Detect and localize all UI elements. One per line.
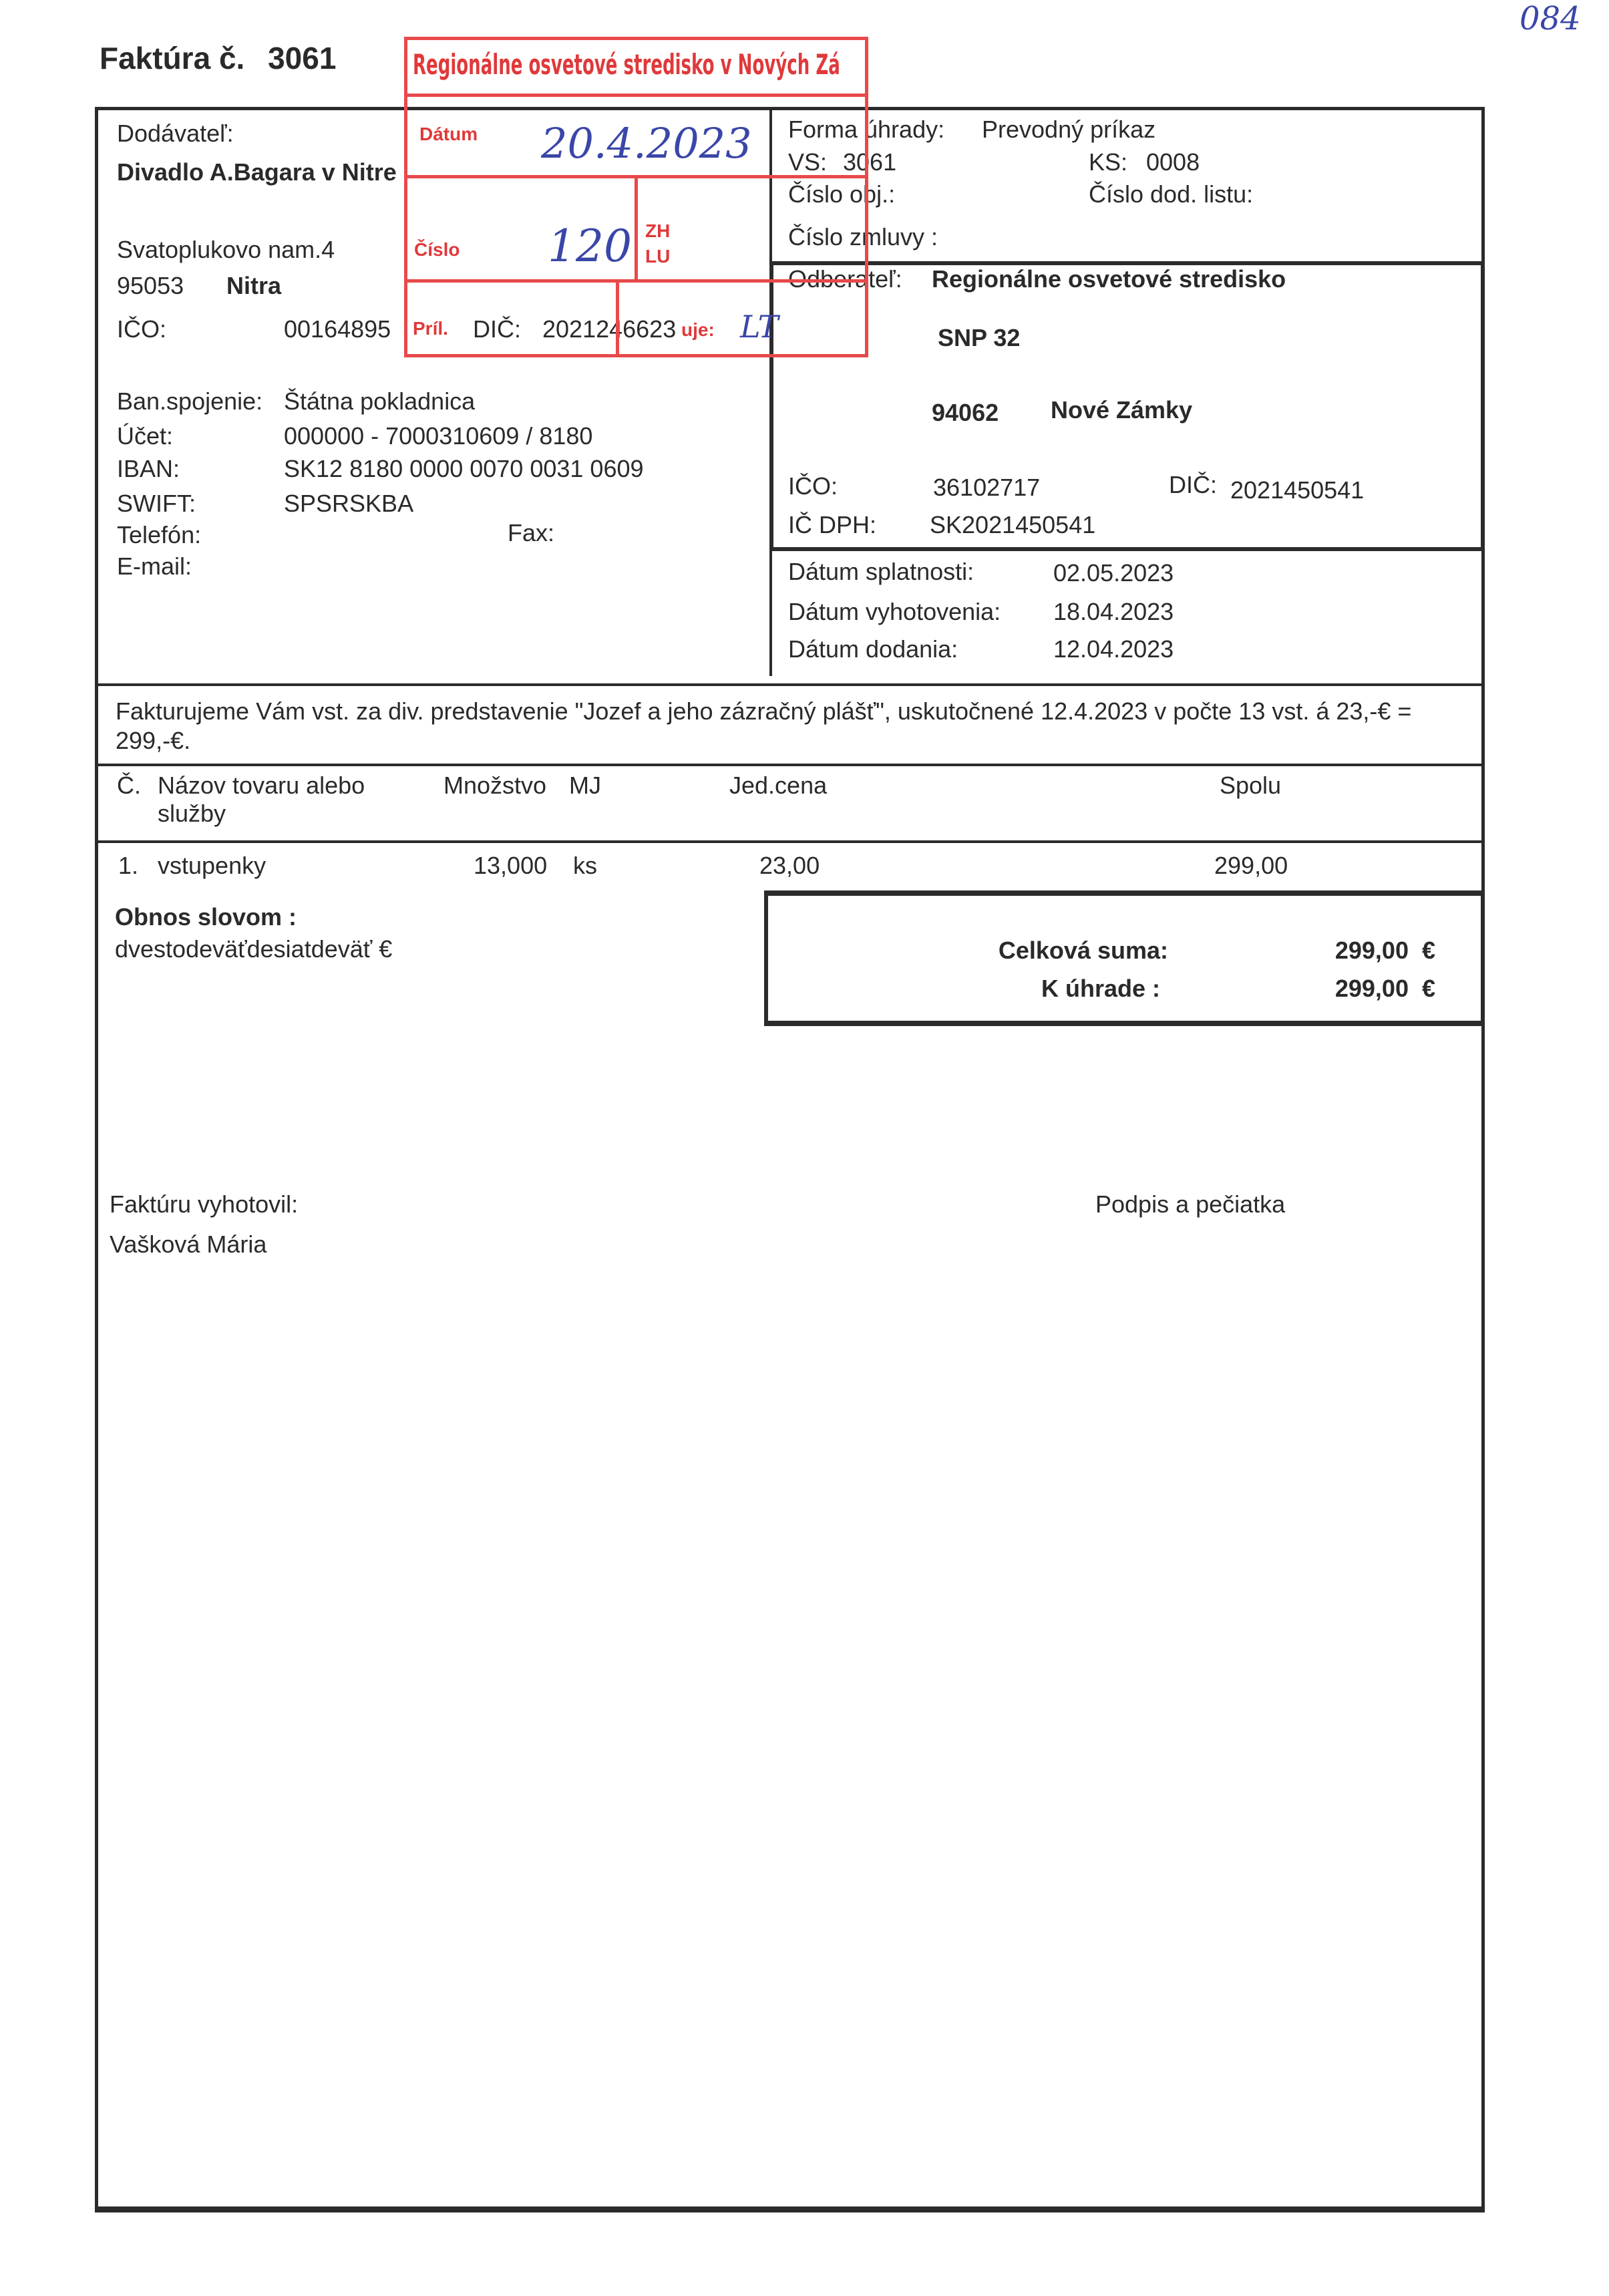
payment-method: Prevodný príkaz [982, 118, 1155, 142]
delivery-date: 12.04.2023 [1053, 637, 1174, 661]
issue-date: 18.04.2023 [1053, 600, 1174, 624]
stamp-code-2: LU [645, 246, 670, 267]
supplier-label: Dodávateľ: [117, 122, 234, 146]
invoice-title-label: Faktúra č. [100, 41, 244, 75]
stamp-divider-v1 [635, 175, 638, 281]
invoice-description: Fakturujeme Vám vst. za div. predstaveni… [116, 697, 1465, 756]
customer-city: Nové Zámky [1051, 398, 1192, 422]
swift-label: SWIFT: [117, 492, 196, 516]
col-header-unit: MJ [569, 774, 601, 798]
customer-ico-label: IČO: [788, 474, 838, 498]
amount-due-value: 299,00 € [1335, 977, 1435, 1001]
amount-words-value: dvestodeväťdesiatdeväť € [115, 937, 392, 961]
col-header-total: Spolu [1220, 774, 1281, 798]
col-header-name: Názov tovaru alebo [158, 774, 365, 798]
ks-value: 0008 [1146, 150, 1200, 174]
customer-street: SNP 32 [938, 326, 1020, 350]
invoice-number: 3061 [268, 41, 336, 75]
delivery-date-label: Dátum dodania: [788, 637, 958, 661]
customer-ico: 36102717 [933, 476, 1040, 500]
row-name: vstupenky [158, 854, 266, 878]
account-number: 000000 - 7000310609 / 8180 [284, 424, 592, 448]
ks-label: KS: [1089, 150, 1127, 174]
total-label: Celková suma: [999, 939, 1168, 963]
row-no: 1. [118, 854, 138, 878]
col-header-name-2: služby [158, 802, 226, 826]
row-qty: 13,000 [474, 854, 547, 878]
issue-date-label: Dátum vyhotovenia: [788, 600, 1001, 624]
due-date: 02.05.2023 [1053, 561, 1174, 585]
issued-by-name: Vašková Mária [110, 1233, 266, 1257]
stamp-handles-value: LT [740, 309, 778, 345]
stamp-number-label: Číslo [414, 239, 460, 261]
stamp-org: Regionálne osvetové stredisko v Nových Z… [413, 48, 840, 81]
customer-dic: 2021450541 [1230, 478, 1364, 502]
stamp-date-value: 20.4.2023 [541, 119, 752, 168]
total-value: 299,00 € [1335, 939, 1435, 963]
customer-zip: 94062 [932, 401, 999, 425]
supplier-street: Svatoplukovo nam.4 [117, 238, 335, 262]
swift-value: SPSRSKBA [284, 492, 413, 516]
stamp-divider-v2 [616, 281, 619, 357]
row-total: 299,00 [1214, 854, 1288, 878]
account-label: Účet: [117, 424, 173, 448]
issued-by-label: Faktúru vyhotovil: [110, 1192, 298, 1216]
supplier-name: Divadlo A.Bagara v Nitre [117, 160, 397, 184]
customer-dic-label: DIČ: [1169, 473, 1217, 497]
fax-label: Fax: [508, 521, 554, 545]
phone-label: Telefón: [117, 523, 201, 547]
col-header-no: Č. [117, 774, 141, 798]
bank-name: Štátna pokladnica [284, 389, 475, 414]
divider-table-header [95, 764, 1485, 766]
row-unit: ks [573, 854, 597, 878]
divider-table-row [95, 840, 1485, 843]
supplier-zip: 95053 [117, 274, 184, 298]
customer-icdph: SK2021450541 [930, 513, 1095, 537]
customer-name: Regionálne osvetové stredisko [932, 267, 1286, 291]
delivery-note-label: Číslo dod. listu: [1089, 182, 1253, 206]
supplier-ico: 00164895 [284, 317, 391, 341]
stamp-handles-label: uje: [681, 319, 715, 341]
amount-words-label: Obnos slovom : [115, 905, 297, 929]
bank-label: Ban.spojenie: [117, 389, 262, 414]
stamp-date-label: Dátum [419, 124, 478, 145]
amount-due-label: K úhrade : [1041, 977, 1160, 1001]
stamp-number-value: 120 [548, 220, 632, 272]
customer-icdph-label: IČ DPH: [788, 513, 876, 537]
handwritten-reference: 084 [1519, 0, 1581, 37]
iban-value: SK12 8180 0000 0070 0031 0609 [284, 457, 644, 481]
stamp-attach-label: Príl. [413, 318, 448, 339]
supplier-ico-label: IČO: [117, 317, 166, 341]
divider-description-top [95, 683, 1485, 686]
col-header-qty: Množstvo [443, 774, 546, 798]
signature-label: Podpis a pečiatka [1095, 1192, 1285, 1216]
row-unit-price: 23,00 [759, 854, 820, 878]
stamp-divider-1 [404, 94, 868, 97]
invoice-title: Faktúra č. 3061 [100, 40, 336, 76]
email-label: E-mail: [117, 554, 192, 579]
due-date-label: Dátum splatnosti: [788, 560, 974, 584]
iban-label: IBAN: [117, 457, 180, 481]
col-header-unit-price: Jed.cena [729, 774, 827, 798]
stamp-code-1: ZH [645, 220, 670, 242]
supplier-city: Nitra [226, 274, 281, 298]
